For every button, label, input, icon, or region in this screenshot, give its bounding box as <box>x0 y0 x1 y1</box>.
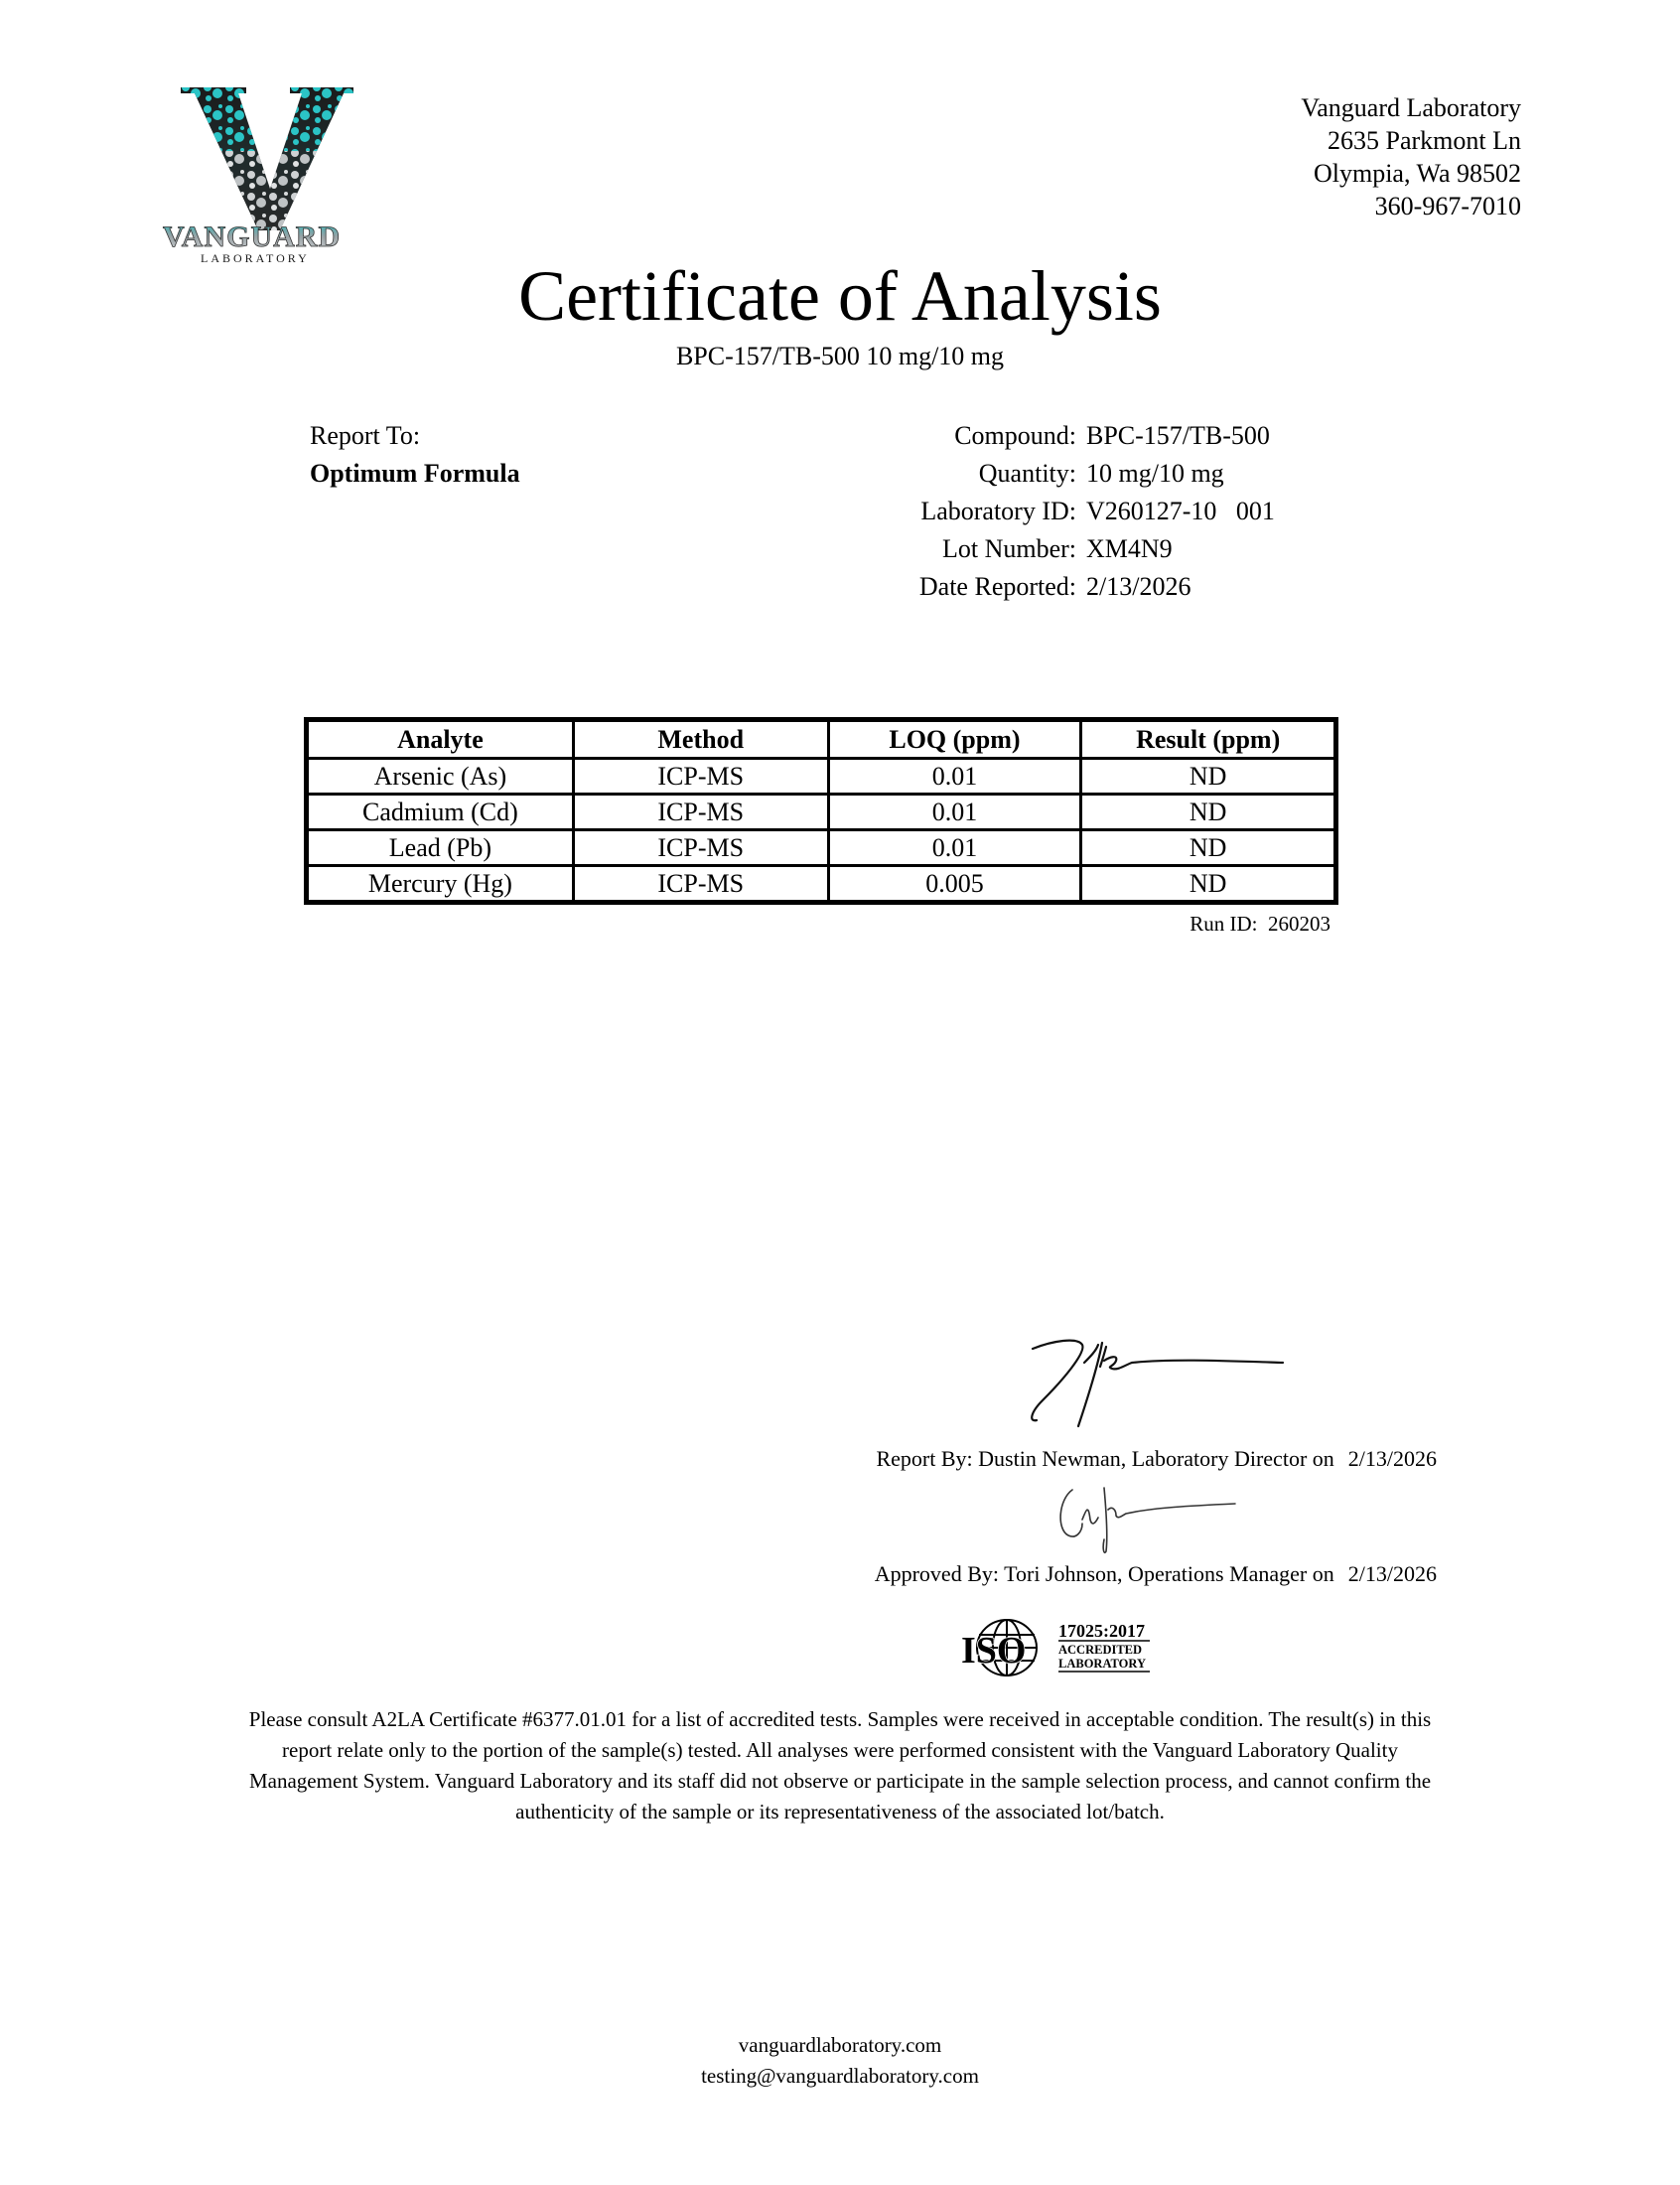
cell-method: ICP-MS <box>573 866 828 903</box>
results-table: Analyte Method LOQ (ppm) Result (ppm) Ar… <box>304 717 1338 905</box>
vanguard-logo: VANGUARD LABORATORY <box>159 81 372 265</box>
lab-city: Olympia, Wa 98502 <box>1301 157 1521 190</box>
info-label: Compound: <box>695 417 1086 455</box>
footer-website-link[interactable]: vanguardlaboratory.com <box>0 2030 1680 2061</box>
info-value: BPC-157/TB-500 <box>1086 417 1270 455</box>
cell-analyte: Cadmium (Cd) <box>307 795 574 830</box>
sample-info: Compound: BPC-157/TB-500 Quantity: 10 mg… <box>695 417 1275 606</box>
column-header-analyte: Analyte <box>307 720 574 759</box>
report-by-line: Report By: Dustin Newman, Laboratory Dir… <box>876 1446 1437 1472</box>
table-row: Lead (Pb) ICP-MS 0.01 ND <box>307 830 1336 866</box>
footer: vanguardlaboratory.com testing@vanguardl… <box>0 2030 1680 2092</box>
column-header-result: Result (ppm) <box>1081 720 1336 759</box>
disclaimer-line: Please consult A2LA Certificate #6377.01… <box>149 1704 1531 1735</box>
disclaimer-line: Management System. Vanguard Laboratory a… <box>149 1766 1531 1797</box>
run-id: Run ID: 260203 <box>1190 912 1330 936</box>
report-by-date: 2/13/2026 <box>1348 1446 1437 1472</box>
signature-tori-johnson-icon <box>1052 1480 1251 1559</box>
iso-laboratory: LABORATORY <box>1058 1657 1146 1671</box>
cell-result: ND <box>1081 866 1336 903</box>
disclaimer-line: authenticity of the sample or its repres… <box>149 1797 1531 1827</box>
client-name: Optimum Formula <box>310 455 520 493</box>
column-header-loq: LOQ (ppm) <box>828 720 1081 759</box>
cell-loq: 0.01 <box>828 830 1081 866</box>
signature-dustin-newman-icon <box>1023 1331 1291 1430</box>
info-label: Date Reported: <box>695 568 1086 606</box>
info-value: XM4N9 <box>1086 530 1173 568</box>
cell-method: ICP-MS <box>573 830 828 866</box>
cell-loq: 0.005 <box>828 866 1081 903</box>
footer-email-link[interactable]: testing@vanguardlaboratory.com <box>0 2061 1680 2092</box>
table-row: Arsenic (As) ICP-MS 0.01 ND <box>307 759 1336 795</box>
lab-name: Vanguard Laboratory <box>1301 91 1521 124</box>
table-row: Cadmium (Cd) ICP-MS 0.01 ND <box>307 795 1336 830</box>
info-value: V260127-10 001 <box>1086 493 1275 530</box>
disclaimer: Please consult A2LA Certificate #6377.01… <box>149 1704 1531 1827</box>
cell-method: ICP-MS <box>573 795 828 830</box>
cell-analyte: Mercury (Hg) <box>307 866 574 903</box>
cell-analyte: Lead (Pb) <box>307 830 574 866</box>
iso-globe-icon: ISO 17025:2017 ACCREDITED LABORATORY <box>955 1617 1154 1678</box>
report-to: Report To: Optimum Formula <box>310 417 520 493</box>
iso-accreditation-badge: ISO 17025:2017 ACCREDITED LABORATORY <box>955 1617 1154 1678</box>
approved-by-line: Approved By: Tori Johnson, Operations Ma… <box>875 1561 1437 1587</box>
vanguard-v-logo-icon: VANGUARD LABORATORY <box>159 81 372 265</box>
iso-standard: 17025:2017 <box>1058 1621 1145 1641</box>
info-label: Quantity: <box>695 455 1086 493</box>
report-by-text: Report By: Dustin Newman, Laboratory Dir… <box>876 1446 1333 1471</box>
logo-wordmark: VANGUARD <box>163 220 341 253</box>
info-row-laboratory-id: Laboratory ID: V260127-10 001 <box>695 493 1275 530</box>
page-title: Certificate of Analysis <box>0 254 1680 338</box>
cell-loq: 0.01 <box>828 795 1081 830</box>
iso-accredited: ACCREDITED <box>1058 1643 1142 1657</box>
cell-result: ND <box>1081 759 1336 795</box>
info-value: 10 mg/10 mg <box>1086 455 1224 493</box>
lab-address: Vanguard Laboratory 2635 Parkmont Ln Oly… <box>1301 91 1521 222</box>
info-row-lot-number: Lot Number: XM4N9 <box>695 530 1275 568</box>
cell-result: ND <box>1081 830 1336 866</box>
info-row-quantity: Quantity: 10 mg/10 mg <box>695 455 1275 493</box>
cell-method: ICP-MS <box>573 759 828 795</box>
cell-loq: 0.01 <box>828 759 1081 795</box>
cell-result: ND <box>1081 795 1336 830</box>
cell-analyte: Arsenic (As) <box>307 759 574 795</box>
lab-street: 2635 Parkmont Ln <box>1301 124 1521 157</box>
info-value: 2/13/2026 <box>1086 568 1190 606</box>
disclaimer-line: report relate only to the portion of the… <box>149 1735 1531 1766</box>
approved-by-text: Approved By: Tori Johnson, Operations Ma… <box>875 1561 1334 1586</box>
page-subtitle: BPC-157/TB-500 10 mg/10 mg <box>0 341 1680 372</box>
approved-by-date: 2/13/2026 <box>1348 1561 1437 1587</box>
table-row: Mercury (Hg) ICP-MS 0.005 ND <box>307 866 1336 903</box>
info-label: Lot Number: <box>695 530 1086 568</box>
info-label: Laboratory ID: <box>695 493 1086 530</box>
info-row-compound: Compound: BPC-157/TB-500 <box>695 417 1275 455</box>
column-header-method: Method <box>573 720 828 759</box>
iso-mark: ISO <box>961 1630 1026 1672</box>
table-header-row: Analyte Method LOQ (ppm) Result (ppm) <box>307 720 1336 759</box>
lab-phone: 360-967-7010 <box>1301 190 1521 222</box>
info-row-date-reported: Date Reported: 2/13/2026 <box>695 568 1275 606</box>
report-to-label: Report To: <box>310 417 520 455</box>
